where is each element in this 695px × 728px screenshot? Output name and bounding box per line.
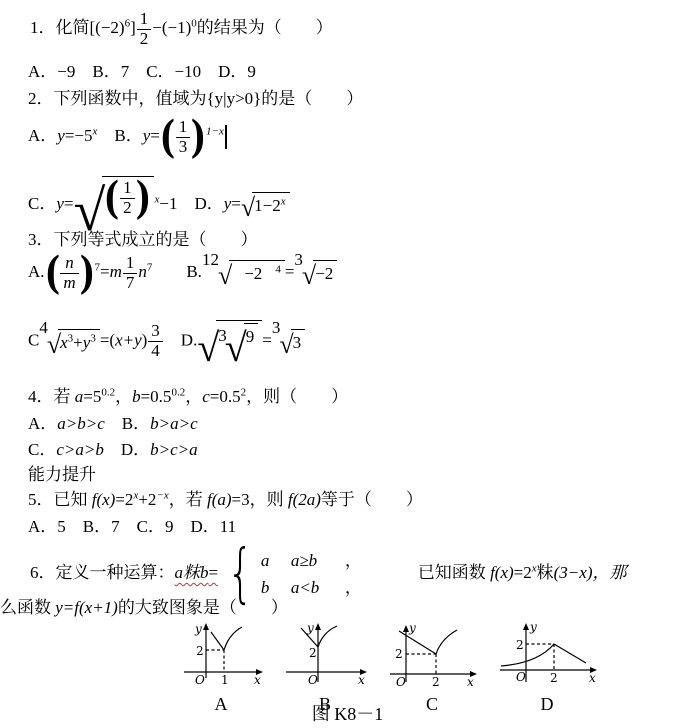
fraction-denominator: 3: [176, 138, 191, 157]
radical: √−24: [218, 260, 285, 286]
exponent: 0.2: [101, 386, 115, 398]
radicand: −24: [229, 260, 285, 284]
graph-b-shapes: [286, 623, 367, 682]
fraction-denominator: 2: [120, 199, 135, 218]
text-run: −(−1): [152, 18, 191, 37]
big-paren-close: ): [135, 181, 151, 216]
case-value: a: [261, 550, 291, 571]
radicand: −2: [313, 260, 337, 284]
radical-sign: √: [218, 263, 232, 289]
text-run: c: [202, 387, 210, 406]
text-run: −2: [315, 264, 333, 283]
text-run: ，则（ ）: [246, 387, 348, 406]
q3-options-ab: A.(nm)7=m17n7 B.12√−24=3√−2: [28, 254, 337, 292]
text-run: f(2a): [288, 490, 321, 509]
section-title: 能力提升: [28, 464, 96, 485]
q3-options-cd: C4√x3+y3=(x+y)34 D.√3√9=3√3: [28, 320, 305, 363]
big-paren-open: (: [44, 256, 60, 291]
graph-d-plot: y 2 O 2 x: [496, 620, 598, 692]
text-run: 4．若: [28, 387, 75, 406]
option-label: A．: [28, 414, 57, 433]
case-condition: a<b: [291, 577, 345, 598]
tick-label-x: 2: [432, 675, 440, 689]
q6-stem-line2: 么函数 y=f(x+1)的大致图象是（ ）: [0, 597, 288, 618]
text-run: f(x): [92, 490, 116, 509]
origin-label: O: [195, 673, 205, 687]
text-run: +: [73, 333, 83, 352]
radical: √x3+y3: [47, 329, 100, 355]
text-run: [97, 126, 114, 145]
figure-caption: 图 K8－1: [0, 700, 695, 726]
fraction: 13: [176, 118, 191, 156]
fraction-numerator: n: [60, 254, 78, 274]
fraction-numerator: 3: [148, 322, 163, 342]
exponent: 3: [90, 332, 96, 344]
tick-label-y: 2: [395, 647, 403, 661]
axis-label-x: x: [589, 671, 596, 685]
fraction: 34: [148, 322, 163, 360]
text-run: 6．定义一种运算：: [30, 563, 175, 582]
text-run: f(a): [207, 490, 232, 509]
text-run: =0.5: [210, 387, 241, 406]
option-value: b>c>a: [150, 440, 198, 459]
q1-options: A．−9 B．7 C．−10 D．9: [28, 61, 256, 82]
radical-sign: √: [225, 328, 247, 368]
radical: √(12): [73, 176, 154, 234]
text-run: ，若: [169, 490, 207, 509]
option-label: C．: [28, 194, 56, 213]
option-value: a>b>c: [57, 414, 105, 433]
radical: √3√9: [197, 320, 262, 363]
text-run: =3，则: [232, 490, 288, 509]
fraction: 12: [137, 10, 152, 48]
text-run: ，: [115, 387, 132, 406]
option-value: c>a>b: [56, 440, 104, 459]
radicand: 1−2x: [252, 192, 289, 216]
q3-stem: 3．下列等式成立的是（ ）: [28, 229, 258, 250]
axis-label-y: y: [194, 622, 202, 636]
exponent: 4: [275, 264, 281, 276]
cases-brace: {: [227, 547, 253, 601]
option-label: D．: [194, 194, 223, 213]
text-run: m: [110, 262, 122, 281]
text-run: 9: [246, 327, 255, 346]
piecewise-cases: aa≥b，ba<b，: [261, 544, 362, 605]
origin-label: O: [308, 673, 318, 687]
q4-stem: 4．若 a=50.2，b=0.50.2，c=0.52，则（ ）: [28, 386, 348, 407]
axis-label-y: y: [306, 621, 314, 635]
q5-stem: 5．已知 f(x)=2x+2−x，若 f(a)=3，则 f(2a)等于（ ）: [28, 489, 423, 510]
text-run: b: [132, 387, 141, 406]
option-label: B.: [186, 262, 202, 281]
option-label: B．: [114, 126, 142, 145]
text-cursor: [225, 125, 227, 149]
text-run: y: [57, 126, 65, 145]
radical-sign: √: [302, 263, 316, 289]
text-run: −1: [159, 194, 177, 213]
fraction-denominator: 4: [148, 342, 163, 361]
text-run: 的大致图象是（ ）: [118, 598, 288, 617]
text-run: [164, 330, 181, 349]
option-label: A．: [28, 126, 57, 145]
origin-label: O: [396, 675, 406, 689]
case-condition: a≥b: [291, 550, 345, 571]
text-run: =5: [83, 387, 101, 406]
axis-label-y: y: [529, 620, 537, 634]
q1-stem: 1．化简[(−2)6]12−(−1)0的结果为（ ）: [30, 10, 333, 48]
radicand: (12): [102, 176, 154, 217]
radicand: x3+y3: [58, 329, 100, 353]
big-paren-close: ): [191, 120, 207, 155]
option-label: B．: [122, 414, 150, 433]
radical-sign: √: [241, 195, 255, 221]
fraction-numerator: 1: [137, 10, 152, 30]
text-run: =: [231, 194, 241, 213]
fraction: 12: [120, 179, 135, 217]
tick-label-y: 2: [516, 638, 524, 652]
radical-sign: √: [279, 332, 293, 358]
text-run: ): [142, 330, 148, 349]
text-run: 1．化简[(−2): [30, 18, 125, 37]
text-run: 能力提升: [28, 465, 96, 484]
option-label: D.: [181, 330, 198, 349]
fraction-denominator: 7: [123, 274, 138, 293]
text-run: ，: [185, 387, 202, 406]
q6-stem-line1: 6．定义一种运算：a粖b={aa≥b，ba<b，已知函数 f(x)=2x粖(3−…: [30, 544, 626, 605]
text-run: x+y: [115, 330, 142, 349]
fraction-denominator: m: [60, 274, 78, 293]
option-label: D．: [121, 440, 150, 459]
exponent: x: [281, 195, 286, 207]
text-run: −2: [231, 263, 275, 284]
text-run: A．−9 B．7 C．−10 D．9: [28, 62, 256, 81]
text-run: y: [56, 194, 64, 213]
math-worksheet-page: 1．化简[(−2)6]12−(−1)0的结果为（ ） A．−9 B．7 C．−1…: [0, 0, 695, 728]
text-run: =0.5: [141, 387, 172, 406]
text-run: 等于（ ）: [321, 490, 423, 509]
text-run: a: [75, 387, 84, 406]
option-value: b>a>c: [150, 414, 198, 433]
text-run: 3: [293, 333, 302, 352]
radical: √1−2x: [241, 192, 290, 218]
exponent: 0.2: [171, 386, 185, 398]
text-run: 粖: [537, 563, 554, 582]
graph-d-shapes: [500, 623, 597, 682]
text-run: 5．已知: [28, 490, 92, 509]
radical: √9: [225, 323, 258, 363]
tick-label-y: 2: [309, 646, 317, 660]
graph-b-plot: y 2 O x: [282, 620, 368, 692]
text-run: 已知函数: [418, 563, 490, 582]
text-run: 1−2: [254, 196, 281, 215]
radical-sign: √: [47, 332, 61, 358]
fraction: 17: [123, 254, 138, 292]
text-run: 的结果为（ ）: [197, 18, 333, 37]
q4-options-ab: A．a>b>cB．b>a>c: [28, 413, 198, 434]
tick-label-x: 1: [221, 673, 229, 687]
axis-label-x: x: [254, 673, 261, 687]
text-run: =2: [115, 490, 133, 509]
text-run: =: [262, 330, 272, 349]
option-label: C．: [28, 440, 56, 459]
text-run: =: [64, 194, 74, 213]
text-run: 么函数: [0, 598, 55, 617]
origin-label: O: [516, 670, 526, 684]
text-run: =: [150, 126, 160, 145]
axis-label-x: x: [467, 675, 474, 689]
graph-c-plot: y 2 O 2 x: [386, 620, 478, 692]
q2-stem: 2．下列函数中，值域为{y|y>0}的是（ ）: [28, 88, 363, 109]
axis-label-x: x: [358, 673, 365, 687]
q2-options-ab: A．y=−5x B．y=(13)1−x: [28, 118, 227, 156]
text-run: [177, 194, 194, 213]
fraction-numerator: 1: [123, 254, 138, 274]
text-run: =2: [514, 563, 532, 582]
text-run: ]: [130, 18, 136, 37]
q2-options-cd: C．y=√(12)x−1 D．y=√1−2x: [28, 176, 290, 234]
exponent: −x: [156, 489, 168, 501]
text-run: =: [209, 563, 219, 582]
big-paren-close: ): [79, 256, 95, 291]
spellcheck-underlined: a粖b=: [175, 563, 219, 582]
text-run: f(x): [490, 563, 514, 582]
fraction: nm: [60, 254, 78, 292]
text-run: 3．下列等式成立的是（ ）: [28, 230, 258, 249]
axis-label-y: y: [408, 621, 416, 635]
q4-options-cd: C．c>a>bD．b>c>a: [28, 439, 198, 460]
radical-sign: √: [197, 328, 219, 368]
fraction-numerator: 1: [120, 179, 135, 199]
text-run: [152, 262, 186, 281]
text-run: 2．下列函数中，值域为{y|y>0}的是（ ）: [28, 89, 363, 108]
text-run: =(: [100, 330, 115, 349]
option-label: A.: [28, 262, 45, 281]
root-index: 12: [202, 249, 219, 270]
text-run: y=f(x+1): [55, 598, 118, 617]
text-run: a粖b: [175, 563, 209, 582]
fraction-denominator: 2: [137, 30, 152, 49]
text-run: (3−x)，那: [554, 563, 627, 582]
big-paren-open: (: [104, 181, 120, 216]
radicand: 3√9: [216, 320, 262, 363]
fraction-numerator: 1: [176, 118, 191, 138]
text-run: =: [285, 262, 295, 281]
exponent: 1−x: [206, 125, 224, 137]
text-run: x: [60, 333, 68, 352]
text-run: +2: [138, 490, 156, 509]
graph-c-shapes: [390, 625, 477, 682]
text-run: ，: [345, 551, 362, 570]
case-row: ba<b，: [261, 577, 362, 598]
graph-a-plot: y 2 O 1 x: [178, 620, 264, 692]
case-row: aa≥b，: [261, 550, 362, 571]
text-run: n: [138, 262, 147, 281]
text-run: ，: [345, 578, 362, 597]
text-run: A．5 B．7 C．9 D．11: [28, 517, 236, 536]
text-run: =−5: [65, 126, 93, 145]
radical: √−2: [302, 260, 337, 286]
tick-label-x: 2: [550, 671, 558, 685]
big-paren-open: (: [159, 120, 175, 155]
case-value: b: [261, 577, 291, 598]
text-run: =: [100, 262, 110, 281]
option-label: C: [28, 330, 39, 349]
tick-label-y: 2: [196, 644, 204, 658]
q5-options: A．5 B．7 C．9 D．11: [28, 516, 236, 537]
radical: √3: [279, 329, 305, 355]
